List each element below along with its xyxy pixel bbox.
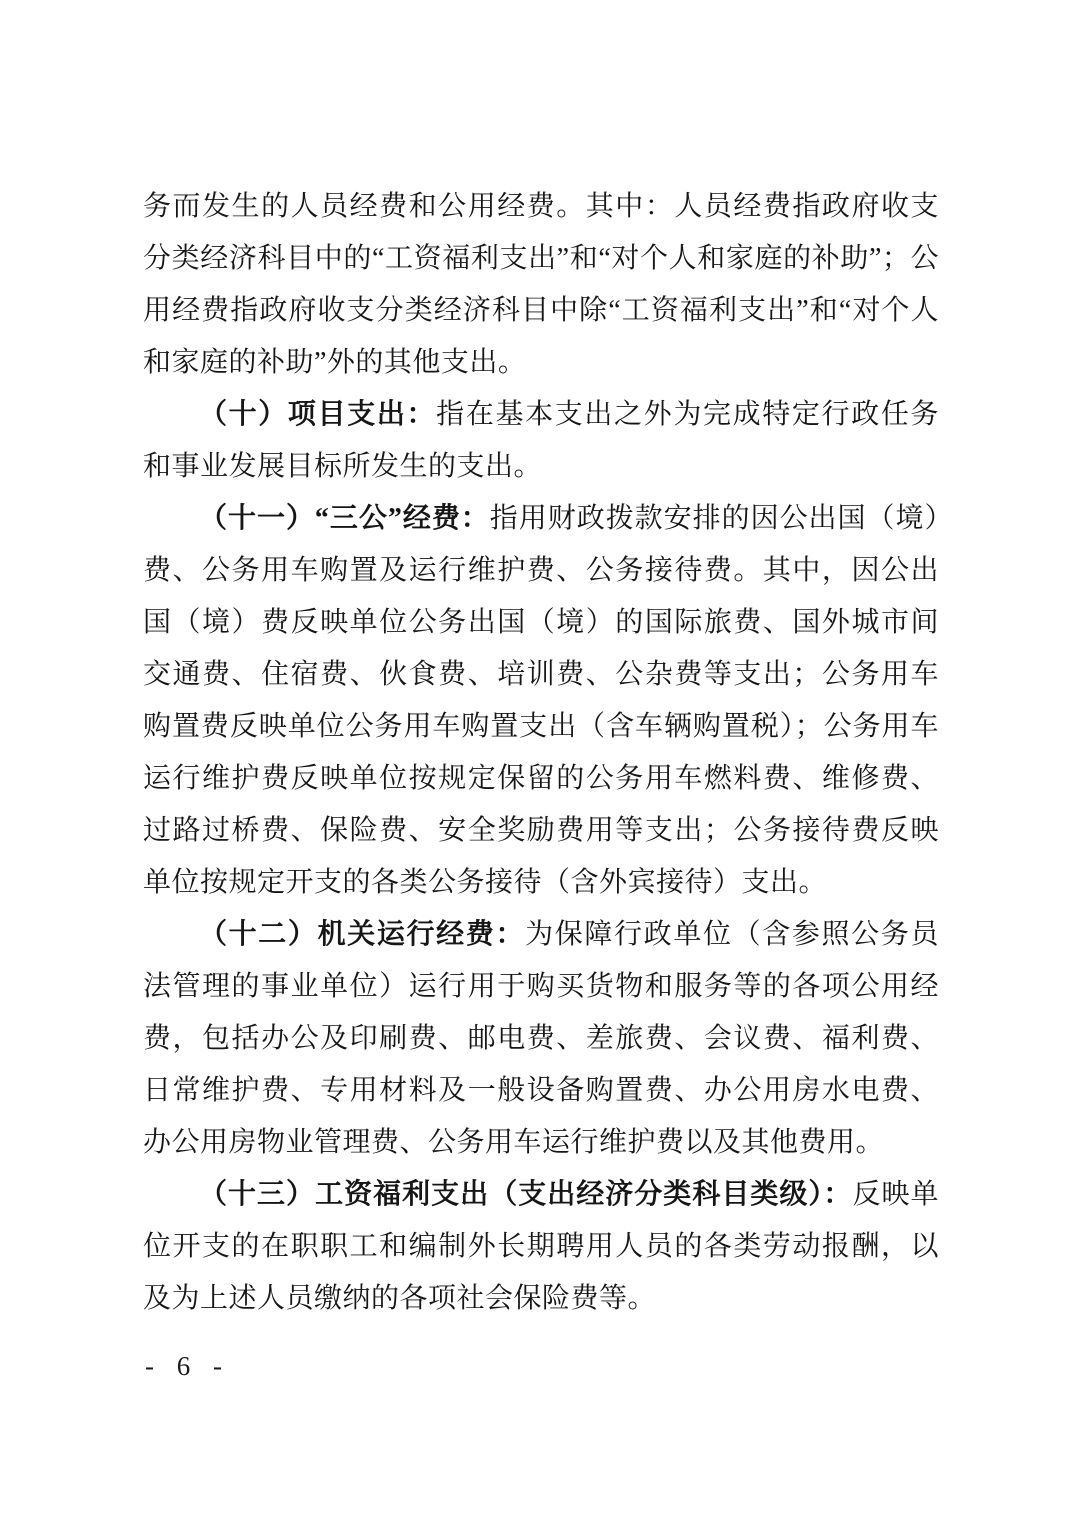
paragraph: （十一）“三公”经费：指用财政拨款安排的因公出国（境）费、公务用车购置及运行维护… [143, 493, 939, 909]
paragraph-body: 为保障行政单位（含参照公务员法管理的事业单位）运行用于购买货物和服务等的各项公用… [143, 919, 939, 1158]
paragraph-lead: （十三）工资福利支出（支出经济分类科目类级）： [199, 1179, 852, 1210]
page-number: - 6 - [145, 1351, 230, 1381]
paragraph: （十三）工资福利支出（支出经济分类科目类级）：反映单位开支的在职职工和编制外长期… [143, 1169, 939, 1325]
paragraph: （十）项目支出：指在基本支出之外为完成特定行政任务和事业发展目标所发生的支出。 [143, 389, 939, 493]
paragraph-body: 指用财政拨款安排的因公出国（境）费、公务用车购置及运行维护费、公务接待费。其中，… [143, 503, 939, 898]
paragraph-body: 务而发生的人员经费和公用经费。其中：人员经费指政府收支分类经济科目中的“工资福利… [143, 191, 939, 378]
paragraph-lead: （十二）机关运行经费： [199, 919, 525, 950]
paragraph-lead: （十一）“三公”经费： [199, 503, 490, 534]
paragraph: 务而发生的人员经费和公用经费。其中：人员经费指政府收支分类经济科目中的“工资福利… [143, 181, 939, 389]
paragraph-lead: （十）项目支出： [199, 399, 436, 430]
document-page: 务而发生的人员经费和公用经费。其中：人员经费指政府收支分类经济科目中的“工资福利… [0, 0, 1074, 1520]
paragraph: （十二）机关运行经费：为保障行政单位（含参照公务员法管理的事业单位）运行用于购买… [143, 909, 939, 1169]
document-body-text: 务而发生的人员经费和公用经费。其中：人员经费指政府收支分类经济科目中的“工资福利… [143, 181, 939, 1325]
